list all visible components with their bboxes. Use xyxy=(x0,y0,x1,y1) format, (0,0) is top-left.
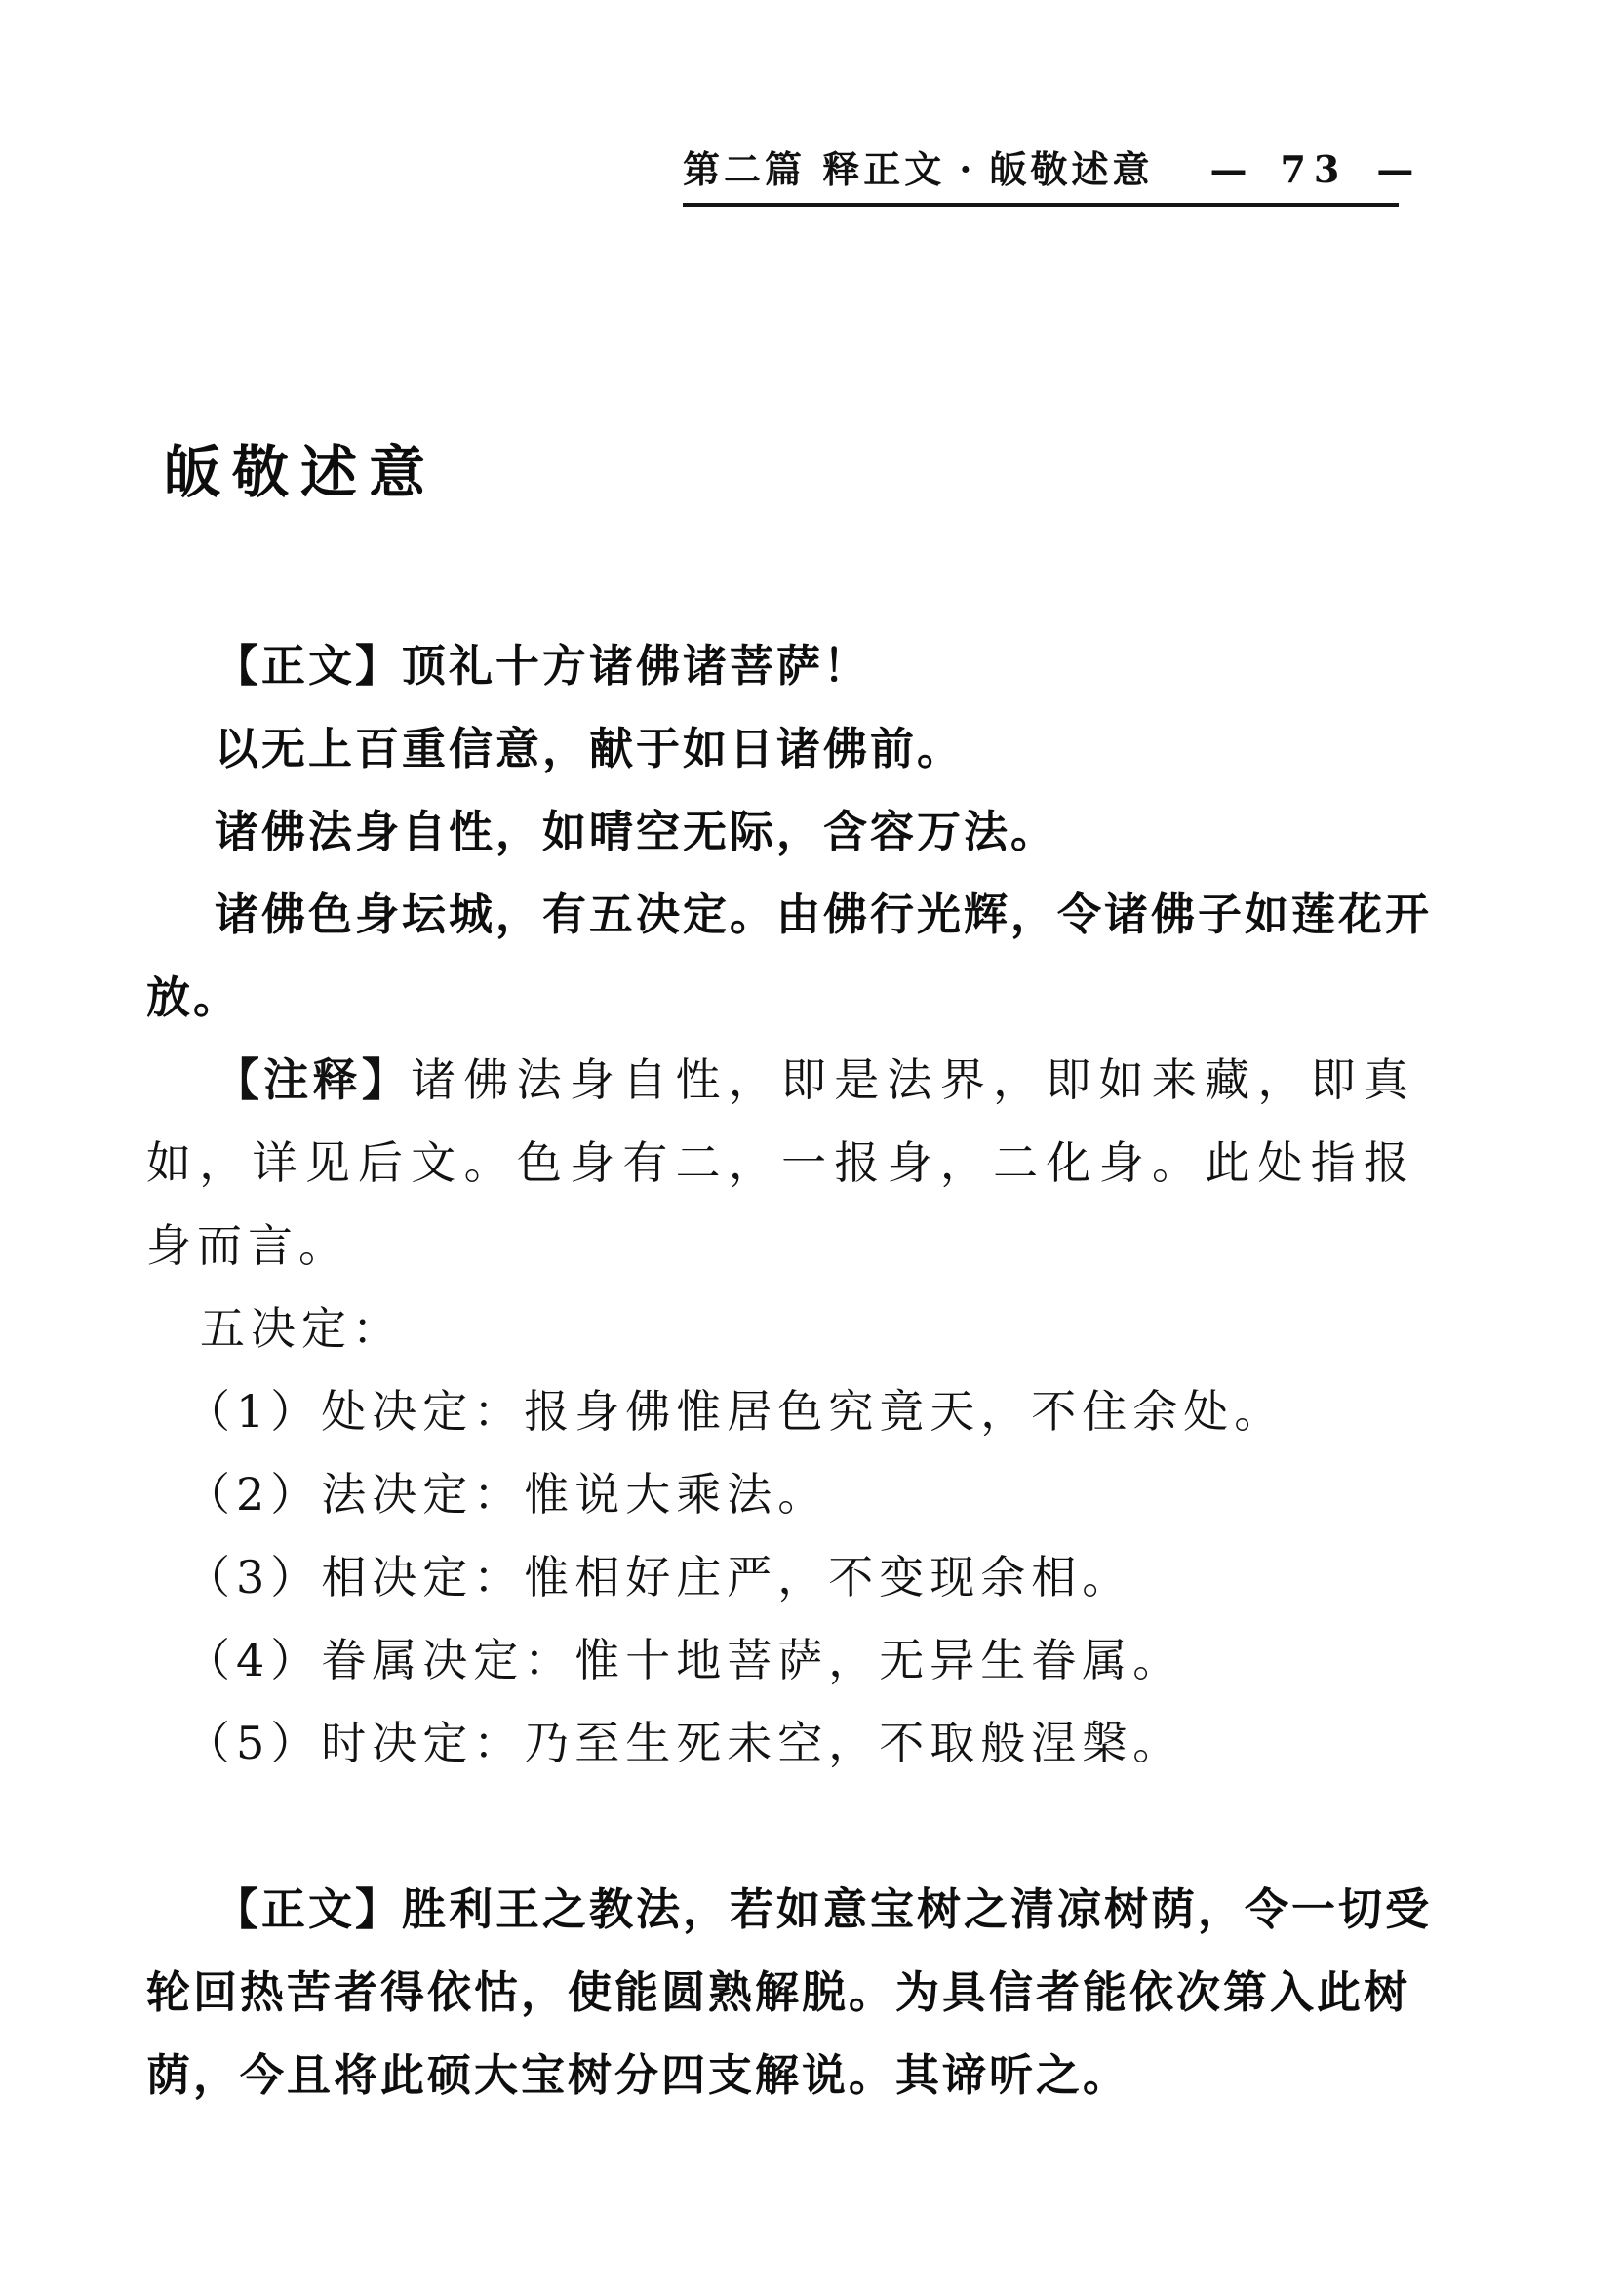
annotation-line-text: 诸佛法身自性，即是法界，即如来藏，即真 xyxy=(411,1053,1414,1106)
page-header: 第二篇 释正文 · 皈敬述意 — 73 — xyxy=(683,146,1399,207)
scripture-paragraph-1: 【正文】顶礼十方诸佛诸菩萨！ 以无上百重信意，献于如日诸佛前。 诸佛法身自性，如… xyxy=(146,624,1414,1039)
scripture-line: 【正文】顶礼十方诸佛诸菩萨！ xyxy=(146,624,1414,707)
body-text-column: 【正文】顶礼十方诸佛诸菩萨！ 以无上百重信意，献于如日诸佛前。 诸佛法身自性，如… xyxy=(146,624,1414,2117)
scripture-line: 【正文】胜利王之教法，若如意宝树之清凉树荫，令一切受 xyxy=(146,1868,1414,1951)
header-chapter-label: 皈敬述意 xyxy=(989,146,1153,193)
scripture-line: 轮回热苦者得依怙，使能圆熟解脱。为具信者能依次第入此树 xyxy=(146,1951,1414,2034)
scripture-line: 放。 xyxy=(146,956,1414,1039)
chapter-title: 皈敬述意 xyxy=(164,426,437,508)
page-number: 73 xyxy=(1280,146,1347,193)
annotation-paragraph: 【注释】诸佛法身自性，即是法界，即如来藏，即真 如，详见后文。色身有二，一报身，… xyxy=(146,1039,1414,1785)
header-separator-dot: · xyxy=(959,146,975,193)
list-item: （4）眷属决定：惟十地菩萨，无异生眷属。 xyxy=(146,1619,1414,1702)
scripture-line: 诸佛色身坛城，有五决定。由佛行光辉，令诸佛子如莲花开 xyxy=(146,873,1414,956)
annotation-line: 【注释】诸佛法身自性，即是法界，即如来藏，即真 xyxy=(146,1039,1414,1122)
scripture-line: 诸佛法身自性，如晴空无际，含容万法。 xyxy=(146,790,1414,873)
list-item: （1）处决定：报身佛惟居色究竟天，不住余处。 xyxy=(146,1370,1414,1453)
header-dash-right: — xyxy=(1376,146,1417,193)
scripture-line: 荫，今且将此硕大宝树分四支解说。其谛听之。 xyxy=(146,2034,1414,2117)
header-section-label: 第二篇 释正文 xyxy=(683,146,945,193)
header-dash-left: — xyxy=(1209,146,1250,193)
list-item: （5）时决定：乃至生死未空，不取般涅槃。 xyxy=(146,1702,1414,1785)
list-item: （3）相决定：惟相好庄严，不变现余相。 xyxy=(146,1536,1414,1619)
list-item: （2）法决定：惟说大乘法。 xyxy=(146,1453,1414,1536)
annotation-line: 如，详见后文。色身有二，一报身，二化身。此处指报 xyxy=(146,1122,1414,1205)
paragraph-gap xyxy=(146,1785,1414,1868)
scripture-line: 以无上百重信意，献于如日诸佛前。 xyxy=(146,707,1414,790)
scripture-paragraph-2: 【正文】胜利王之教法，若如意宝树之清凉树荫，令一切受 轮回热苦者得依怙，使能圆熟… xyxy=(146,1868,1414,2117)
annotation-line: 身而言。 xyxy=(146,1205,1414,1287)
scanned-book-page: { "header": { "section": "第二篇 释正文", "dot… xyxy=(0,0,1623,2296)
annotation-tag: 【注释】 xyxy=(215,1053,411,1106)
annotation-subhead: 五决定： xyxy=(146,1287,1414,1370)
